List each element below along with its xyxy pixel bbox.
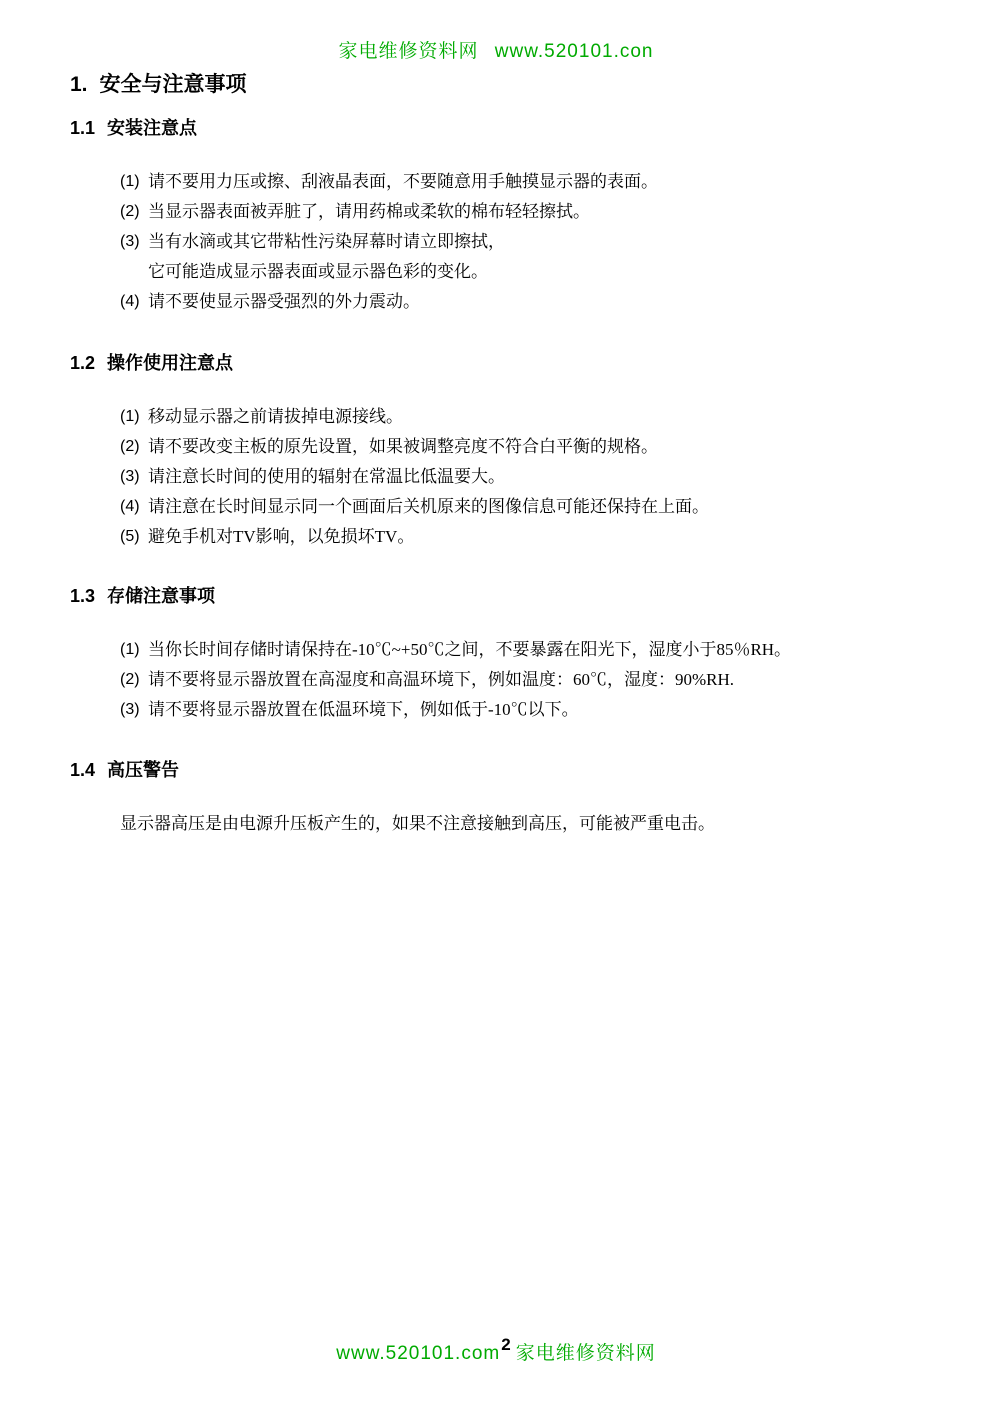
item-text: 请不要将显示器放置在低温环境下，例如低于-10℃以下。 <box>148 695 937 725</box>
section-heading-1-3: 1.3存储注意事项 <box>70 584 937 608</box>
item-text: 请不要将显示器放置在高湿度和高温环境下，例如温度：60℃，湿度：90%RH. <box>148 665 937 695</box>
list-item: (4) 请不要使显示器受强烈的外力震动。 <box>120 287 937 317</box>
page-title: 1.安全与注意事项 <box>70 70 937 99</box>
item-text: 请不要改变主板的原先设置，如果被调整亮度不符合白平衡的规格。 <box>148 432 937 462</box>
list-item: (1) 请不要用力压或擦、刮液晶表面，不要随意用手触摸显示器的表面。 <box>120 167 937 197</box>
section-title: 高压警告 <box>107 760 179 780</box>
header-watermark: 家电维修资料网 www.520101.con <box>0 36 992 63</box>
item-text: 移动显示器之前请拔掉电源接线。 <box>148 402 937 432</box>
list-item: (2) 请不要将显示器放置在高湿度和高温环境下，例如温度：60℃，湿度：90%R… <box>120 665 937 695</box>
item-marker: (2) <box>120 432 148 462</box>
item-marker: (3) <box>120 695 148 725</box>
list-item: (4) 请注意在长时间显示同一个画面后关机原来的图像信息可能还保持在上面。 <box>120 492 937 522</box>
section-heading-1-1: 1.1安装注意点 <box>70 116 937 140</box>
item-marker: (3) <box>120 227 148 257</box>
item-text: 当显示器表面被弄脏了，请用药棉或柔软的棉布轻轻擦拭。 <box>148 197 937 227</box>
list-item: (2) 当显示器表面被弄脏了，请用药棉或柔软的棉布轻轻擦拭。 <box>120 197 937 227</box>
header-site-label: 家电维修资料网 <box>338 41 478 62</box>
footer-watermark: www.520101.com2家电维修资料网 <box>0 1338 992 1365</box>
list-item: (3) 当有水滴或其它带粘性污染屏幕时请立即擦拭， 它可能造成显示器表面或显示器… <box>120 227 937 287</box>
item-text: 当有水滴或其它带粘性污染屏幕时请立即擦拭， <box>148 227 937 257</box>
section-1-1-list: (1) 请不要用力压或擦、刮液晶表面，不要随意用手触摸显示器的表面。 (2) 当… <box>120 167 937 317</box>
list-item: (2) 请不要改变主板的原先设置，如果被调整亮度不符合白平衡的规格。 <box>120 432 937 462</box>
section-number: 1.1 <box>70 118 95 138</box>
list-item: (3) 请注意长时间的使用的辐射在常温比低温要大。 <box>120 462 937 492</box>
section-1-2-list: (1) 移动显示器之前请拔掉电源接线。 (2) 请不要改变主板的原先设置，如果被… <box>120 402 937 552</box>
list-item: (5) 避免手机对TV影响，以免损坏TV。 <box>120 522 937 552</box>
item-marker: (4) <box>120 287 148 317</box>
list-item: (1) 当你长时间存储时请保持在-10℃~+50℃之间，不要暴露在阳光下，湿度小… <box>120 635 937 665</box>
page-title-text: 安全与注意事项 <box>100 72 247 96</box>
item-text-continued: 它可能造成显示器表面或显示器色彩的变化。 <box>148 257 937 287</box>
item-marker: (1) <box>120 167 148 197</box>
section-number: 1.3 <box>70 586 95 606</box>
document-page: 家电维修资料网 www.520101.con 1.安全与注意事项 1.1安装注意… <box>0 0 992 1404</box>
section-heading-1-4: 1.4高压警告 <box>70 758 937 782</box>
page-content: 1.安全与注意事项 1.1安装注意点 (1) 请不要用力压或擦、刮液晶表面，不要… <box>70 70 937 839</box>
item-text: 请不要用力压或擦、刮液晶表面，不要随意用手触摸显示器的表面。 <box>148 167 937 197</box>
list-item: (3) 请不要将显示器放置在低温环境下，例如低于-10℃以下。 <box>120 695 937 725</box>
item-marker: (3) <box>120 462 148 492</box>
item-marker: (2) <box>120 665 148 695</box>
item-marker: (1) <box>120 635 148 665</box>
list-item: (1) 移动显示器之前请拔掉电源接线。 <box>120 402 937 432</box>
item-marker: (2) <box>120 197 148 227</box>
footer-url: www.520101.com <box>336 1343 500 1364</box>
item-text: 避免手机对TV影响，以免损坏TV。 <box>148 522 937 552</box>
item-marker: (1) <box>120 402 148 432</box>
item-marker: (4) <box>120 492 148 522</box>
high-voltage-warning-text: 显示器高压是由电源升压板产生的，如果不注意接触到高压，可能被严重电击。 <box>120 809 937 839</box>
section-title: 安装注意点 <box>107 118 197 138</box>
page-number: 2 <box>501 1335 511 1354</box>
header-url: www.520101.con <box>495 41 654 62</box>
section-title: 存储注意事项 <box>107 586 215 606</box>
item-text: 请注意在长时间显示同一个画面后关机原来的图像信息可能还保持在上面。 <box>148 492 937 522</box>
item-text: 请不要使显示器受强烈的外力震动。 <box>148 287 937 317</box>
section-title: 操作使用注意点 <box>107 353 233 373</box>
section-number: 1.4 <box>70 760 95 780</box>
item-text: 请注意长时间的使用的辐射在常温比低温要大。 <box>148 462 937 492</box>
section-heading-1-2: 1.2操作使用注意点 <box>70 351 937 375</box>
page-title-number: 1. <box>70 73 88 96</box>
section-number: 1.2 <box>70 353 95 373</box>
item-text: 当你长时间存储时请保持在-10℃~+50℃之间，不要暴露在阳光下，湿度小于85％… <box>148 635 937 665</box>
section-1-3-list: (1) 当你长时间存储时请保持在-10℃~+50℃之间，不要暴露在阳光下，湿度小… <box>120 635 937 725</box>
item-marker: (5) <box>120 522 148 552</box>
footer-site-label: 家电维修资料网 <box>516 1343 656 1364</box>
